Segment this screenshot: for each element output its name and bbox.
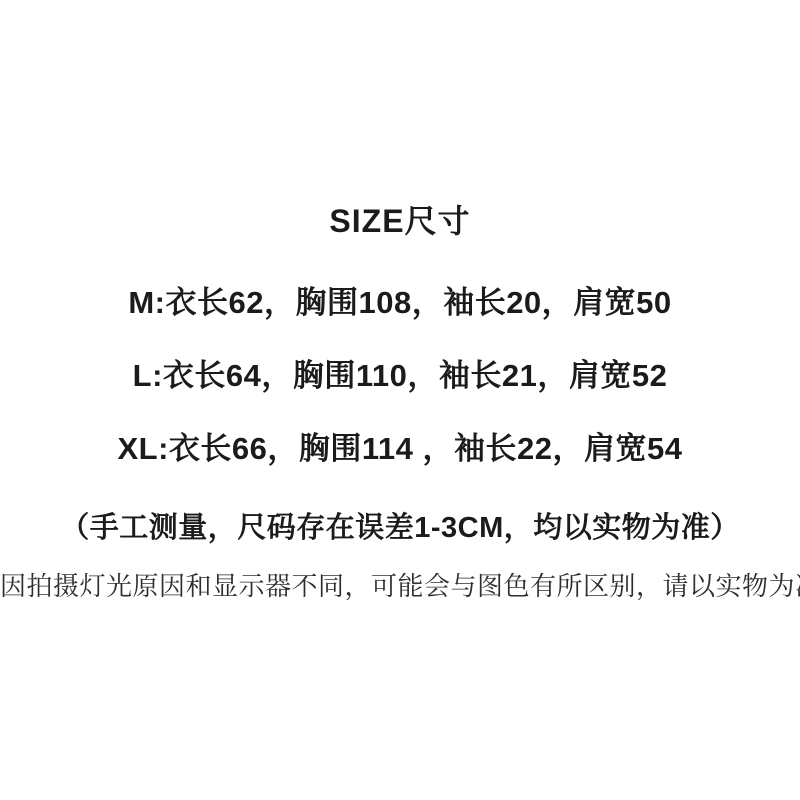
color-difference-note: 因拍摄灯光原因和显示器不同，可能会与图色有所区别，请以实物为准！	[0, 566, 800, 603]
size-row-xl: XL:衣长66，胸围114 ，袖长22，肩宽54	[0, 423, 800, 468]
size-chart-title: SIZE尺寸	[0, 196, 800, 242]
size-row-m: M:衣长62，胸围108，袖长20，肩宽50	[0, 277, 800, 322]
size-row-l: L:衣长64，胸围110，袖长21，肩宽52	[0, 350, 800, 395]
size-info-sheet: SIZE尺寸 M:衣长62，胸围108，袖长20，肩宽50 L:衣长64，胸围1…	[0, 0, 800, 800]
measurement-tolerance-note: （手工测量，尺码存在误差1-3CM，均以实物为准）	[0, 505, 800, 546]
